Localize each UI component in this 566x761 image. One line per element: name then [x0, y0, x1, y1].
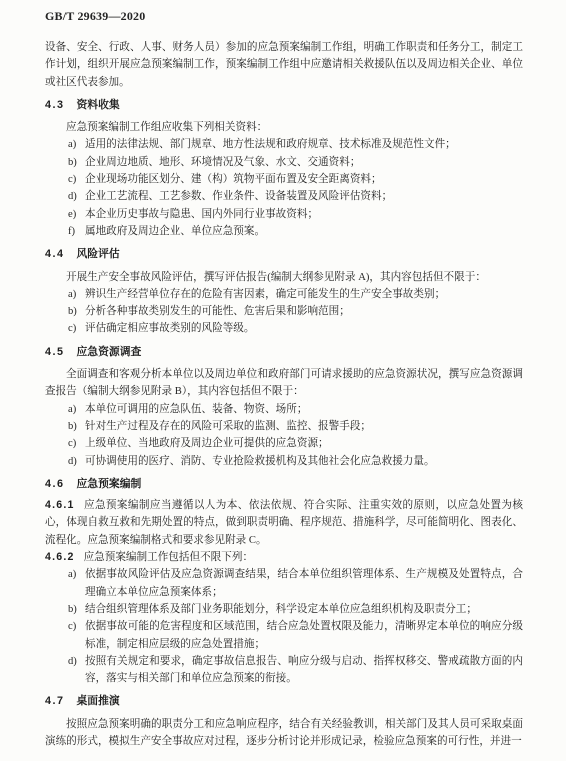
- list-item-text: 辨识生产经营单位存在的危险有害因素，确定可能发生的生产安全事故类别；: [85, 289, 445, 300]
- list-item-text: 本企业历史事故与隐患、国内外同行业事故资料；: [85, 209, 318, 220]
- numbered-clause: 4.6.1应急预案编制应当遵循以人为本、依法依规、符合实际、注重实效的原则，以应…: [45, 497, 523, 549]
- list-item: f) 属地政府及周边企业、单位应急预案。: [45, 223, 523, 240]
- list-marker: e): [68, 206, 76, 223]
- section-title: 资料收集: [77, 99, 120, 111]
- section-4-3: 4.3 资料收集 应急预案编制工作组应收集下列相关资料： a) 适用的法律法规、…: [45, 97, 523, 240]
- list-item: b) 企业周边地质、地形、环境情况及气象、水文、交通资料；: [45, 154, 523, 171]
- standard-number-header: GB/T 29639—2020: [45, 9, 523, 24]
- list-marker: a): [68, 566, 76, 583]
- list-item-text: 可协调使用的医疗、消防、专业抢险救援机构及其他社会化应急救援力量。: [85, 456, 435, 467]
- section-number: 4.3: [45, 99, 65, 111]
- list-marker: b): [68, 154, 77, 171]
- clause-number: 4.6.2: [45, 551, 75, 563]
- list-marker: a): [68, 286, 76, 303]
- lettered-list: a) 适用的法律法规、部门规章、地方性法规和政府规章、技术标准及规范性文件； b…: [45, 136, 523, 240]
- document-page: GB/T 29639—2020 设备、安全、行政、人事、财务人员）参加的应急预案…: [0, 0, 566, 761]
- list-marker: a): [68, 401, 76, 418]
- intro-continuation-paragraph: 设备、安全、行政、人事、财务人员）参加的应急预案编制工作组，明确工作职责和任务分…: [45, 39, 523, 91]
- list-item-text: 针对生产过程及存在的风险可采取的监测、监控、报警手段；: [85, 421, 371, 432]
- lead-paragraph: 全面调查和客观分析本单位以及周边单位和政府部门可请求援助的应急资源状况，撰写应急…: [45, 366, 523, 401]
- list-item-text: 按照有关规定和要求，确定事故信息报告、响应分级与启动、指挥权移交、警戒疏散方面的…: [85, 656, 523, 684]
- section-4-7: 4.7 桌面推演 按照应急预案明确的职责分工和应急响应程序，结合有关经验教训，相…: [45, 693, 523, 750]
- section-heading: 4.5 应急资源调查: [45, 344, 523, 361]
- list-item-text: 结合组织管理体系及部门业务职能划分，科学设定本单位应急组织机构及职责分工；: [85, 604, 477, 615]
- section-heading: 4.4 风险评估: [45, 246, 523, 263]
- list-marker: d): [68, 453, 77, 470]
- list-marker: a): [68, 136, 76, 153]
- list-item: e) 本企业历史事故与隐患、国内外同行业事故资料；: [45, 206, 523, 223]
- list-item-text: 适用的法律法规、部门规章、地方性法规和政府规章、技术标准及规范性文件；: [85, 139, 456, 150]
- list-marker: d): [68, 188, 77, 205]
- section-number: 4.5: [45, 346, 65, 358]
- clause-text: 应急预案编制工作包括但不限下列：: [84, 552, 254, 563]
- clause-number: 4.6.1: [45, 499, 75, 511]
- list-item-text: 上级单位、当地政府及周边企业可提供的应急资源；: [85, 438, 329, 449]
- lettered-list: a) 本单位可调用的应急队伍、装备、物资、场所； b) 针对生产过程及存在的风险…: [45, 401, 523, 470]
- list-marker: c): [68, 171, 76, 188]
- section-title: 应急预案编制: [77, 478, 142, 490]
- section-heading: 4.7 桌面推演: [45, 693, 523, 710]
- list-marker: c): [68, 320, 76, 337]
- list-item: a) 依据事故风险评估及应急资源调查结果，结合本单位组织管理体系、生产规模及处置…: [45, 566, 523, 601]
- section-number: 4.7: [45, 695, 65, 707]
- lead-paragraph: 应急预案编制工作组应收集下列相关资料：: [45, 119, 523, 136]
- list-item-text: 企业现场功能区划分、建（构）筑物平面布置及安全距离资料；: [85, 174, 382, 185]
- list-item-text: 依据事故风险评估及应急资源调查结果，结合本单位组织管理体系、生产规模及处置特点，…: [85, 569, 523, 597]
- list-item: b) 针对生产过程及存在的风险可采取的监测、监控、报警手段；: [45, 418, 523, 435]
- list-item: d) 可协调使用的医疗、消防、专业抢险救援机构及其他社会化应急救援力量。: [45, 453, 523, 470]
- section-title: 桌面推演: [77, 695, 120, 707]
- lettered-list: a) 依据事故风险评估及应急资源调查结果，结合本单位组织管理体系、生产规模及处置…: [45, 566, 523, 687]
- list-item: a) 本单位可调用的应急队伍、装备、物资、场所；: [45, 401, 523, 418]
- section-4-5: 4.5 应急资源调查 全面调查和客观分析本单位以及周边单位和政府部门可请求援助的…: [45, 344, 523, 470]
- lead-paragraph: 按照应急预案明确的职责分工和应急响应程序，结合有关经验教训，相关部门及其人员可采…: [45, 716, 523, 751]
- list-item-text: 依据事故可能的危害程度和区域范围，结合应急处置权限及能力，清晰界定本单位的响应分…: [85, 621, 523, 649]
- list-item-text: 评估确定相应事故类别的风险等级。: [85, 323, 255, 334]
- numbered-clause: 4.6.2应急预案编制工作包括但不限下列：: [45, 549, 523, 566]
- list-item-text: 企业工艺流程、工艺参数、作业条件、设备装置及风险评估资料；: [85, 191, 392, 202]
- list-marker: c): [68, 618, 76, 635]
- list-marker: b): [68, 303, 77, 320]
- list-item: a) 辨识生产经营单位存在的危险有害因素，确定可能发生的生产安全事故类别；: [45, 286, 523, 303]
- section-number: 4.6: [45, 478, 65, 490]
- section-title: 风险评估: [77, 248, 120, 260]
- list-item: c) 上级单位、当地政府及周边企业可提供的应急资源；: [45, 435, 523, 452]
- list-item-text: 本单位可调用的应急队伍、装备、物资、场所；: [85, 404, 307, 415]
- section-4-4: 4.4 风险评估 开展生产安全事故风险评估，撰写评估报告(编制大纲参见附录 A)…: [45, 246, 523, 337]
- list-item: a) 适用的法律法规、部门规章、地方性法规和政府规章、技术标准及规范性文件；: [45, 136, 523, 153]
- list-item-text: 属地政府及周边企业、单位应急预案。: [85, 226, 265, 237]
- list-marker: b): [68, 601, 77, 618]
- list-item: c) 评估确定相应事故类别的风险等级。: [45, 320, 523, 337]
- list-item-text: 分析各种事故类别发生的可能性、危害后果和影响范围；: [85, 306, 350, 317]
- list-item: c) 依据事故可能的危害程度和区域范围，结合应急处置权限及能力，清晰界定本单位的…: [45, 618, 523, 653]
- lead-paragraph: 开展生产安全事故风险评估，撰写评估报告(编制大纲参见附录 A)，其内容包括但不限…: [45, 269, 523, 286]
- list-item: d) 企业工艺流程、工艺参数、作业条件、设备装置及风险评估资料；: [45, 188, 523, 205]
- list-item: c) 企业现场功能区划分、建（构）筑物平面布置及安全距离资料；: [45, 171, 523, 188]
- section-number: 4.4: [45, 248, 65, 260]
- section-heading: 4.6 应急预案编制: [45, 476, 523, 493]
- list-item: d) 按照有关规定和要求，确定事故信息报告、响应分级与启动、指挥权移交、警戒疏散…: [45, 653, 523, 688]
- list-item-text: 企业周边地质、地形、环境情况及气象、水文、交通资料；: [85, 157, 360, 168]
- list-marker: b): [68, 418, 77, 435]
- lettered-list: a) 辨识生产经营单位存在的危险有害因素，确定可能发生的生产安全事故类别； b)…: [45, 286, 523, 338]
- list-marker: f): [68, 223, 75, 240]
- clause-text: 应急预案编制应当遵循以人为本、依法依规、符合实际、注重实效的原则，以应急处置为核…: [45, 500, 523, 546]
- list-item: b) 分析各种事故类别发生的可能性、危害后果和影响范围；: [45, 303, 523, 320]
- list-marker: c): [68, 435, 76, 452]
- section-heading: 4.3 资料收集: [45, 97, 523, 114]
- section-title: 应急资源调查: [77, 346, 142, 358]
- list-marker: d): [68, 653, 77, 670]
- section-4-6: 4.6 应急预案编制 4.6.1应急预案编制应当遵循以人为本、依法依规、符合实际…: [45, 476, 523, 688]
- list-item: b) 结合组织管理体系及部门业务职能划分，科学设定本单位应急组织机构及职责分工；: [45, 601, 523, 618]
